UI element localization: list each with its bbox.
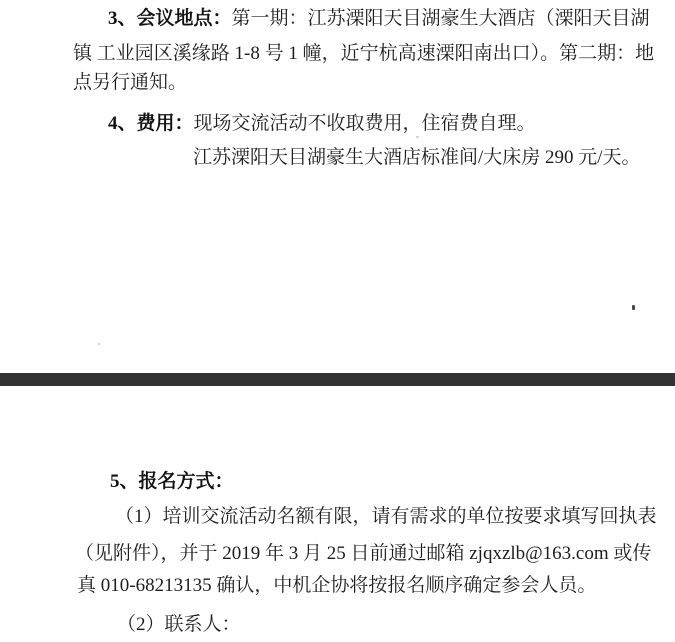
meeting-location-label: 3、会议地点： [108,8,232,29]
fee-label: 4、费用： [108,113,194,134]
paragraph-registration-line2: （见附件），并于 2019 年 3 月 25 日前通过邮箱 zjqxzlb@16… [75,542,651,566]
fee-text: 现场交流活动不收取费用，住宿费自理。 [194,113,536,134]
registration-text-2: （见附件），并于 2019 年 3 月 25 日前通过邮箱 zjqxzlb@16… [75,543,651,564]
paragraph-meeting-location-line3: 点另行通知。 [73,71,187,95]
meeting-location-text-end: 点另行通知。 [73,72,187,93]
paragraph-contact-heading: （2）联系人： [117,613,241,637]
scan-speckle [416,136,419,138]
scan-speckle [632,305,635,310]
contact-heading-text: （2）联系人： [117,614,241,635]
paragraph-registration-line3: 真 010-68213135 确认，中机企协将按报名顺序确定参会人员。 [77,574,596,598]
meeting-location-text: 第一期：江苏溧阳天目湖豪生大酒店（溧阳天目湖 [232,8,650,29]
scan-speckle [98,343,100,345]
meeting-location-text-cont: 镇 工业园区溪缘路 1-8 号 1 幢，近宁杭高速溧阳南出口）。第二期：地 [73,43,654,64]
paragraph-hotel-price: 江苏溧阳天目湖豪生大酒店标准间/大床房 290 元/天。 [193,146,641,170]
paragraph-registration-heading: 5、报名方式： [110,470,234,494]
paragraph-meeting-location-line2: 镇 工业园区溪缘路 1-8 号 1 幢，近宁杭高速溧阳南出口）。第二期：地 [73,42,654,66]
paragraph-meeting-location-line1: 3、会议地点：第一期：江苏溧阳天目湖豪生大酒店（溧阳天目湖 [108,7,650,31]
paragraph-fee: 4、费用：现场交流活动不收取费用，住宿费自理。 [108,112,536,136]
scanned-document-page: 3、会议地点：第一期：江苏溧阳天目湖豪生大酒店（溧阳天目湖 镇 工业园区溪缘路 … [0,0,675,642]
registration-text-1: （1）培训交流活动名额有限，请有需求的单位按要求填写回执表 [115,506,657,527]
registration-label: 5、报名方式： [110,471,234,492]
hotel-price-text: 江苏溧阳天目湖豪生大酒店标准间/大床房 290 元/天。 [193,147,641,168]
page-break-bar [0,373,675,386]
paragraph-registration-line1: （1）培训交流活动名额有限，请有需求的单位按要求填写回执表 [115,505,657,529]
registration-text-3: 真 010-68213135 确认，中机企协将按报名顺序确定参会人员。 [77,575,596,596]
